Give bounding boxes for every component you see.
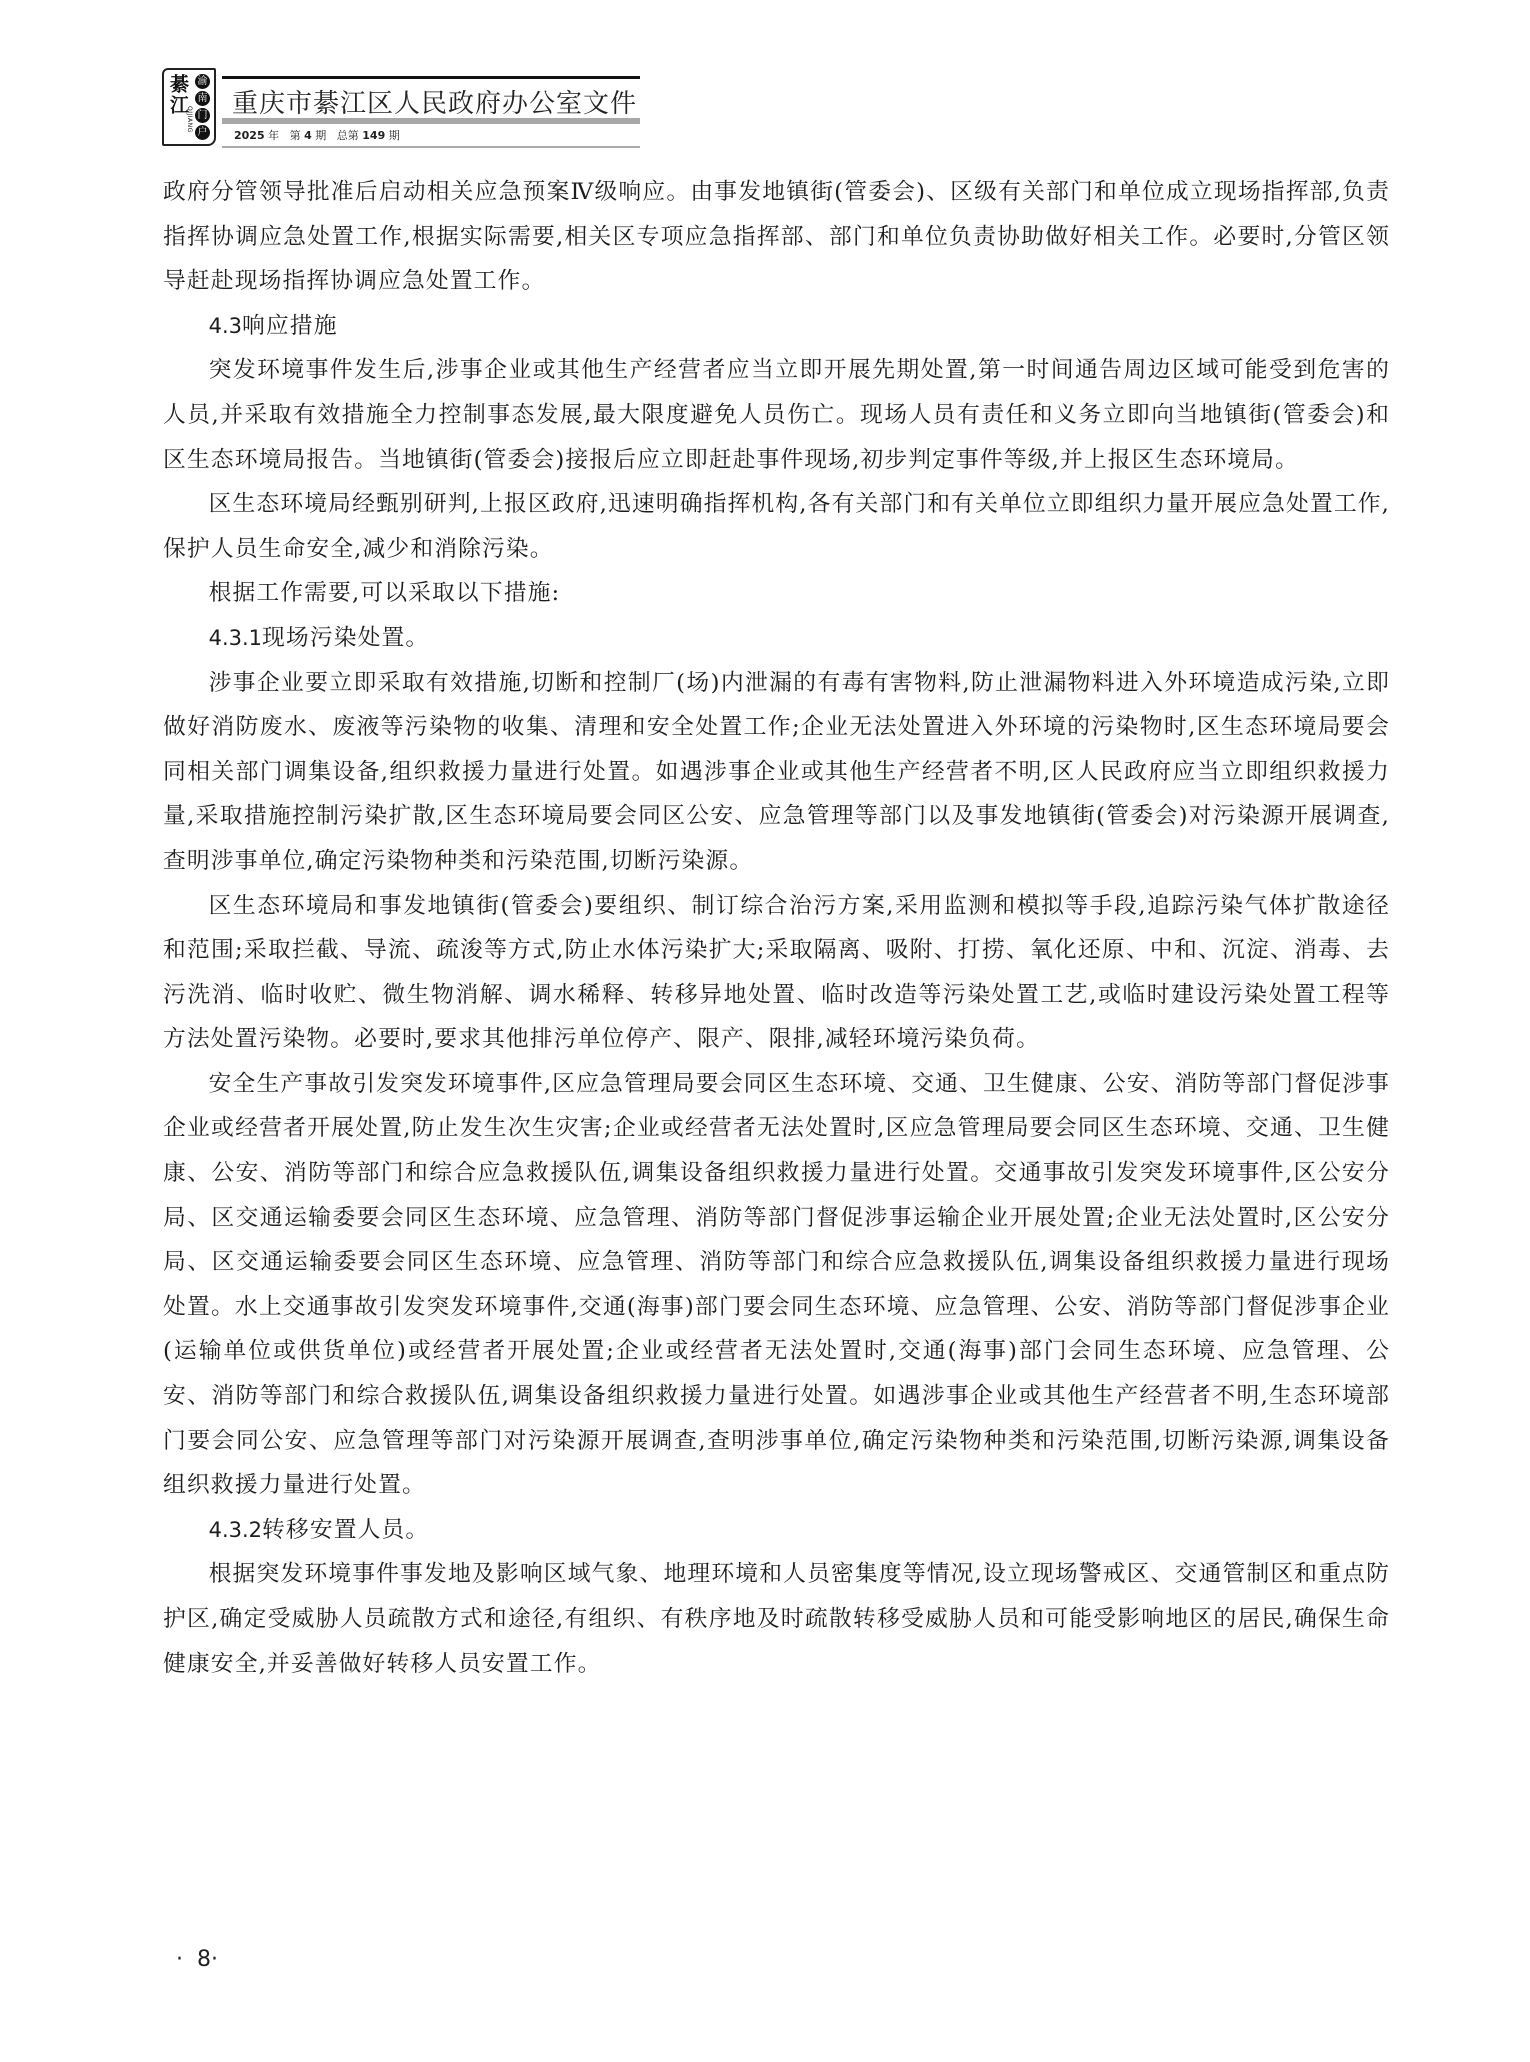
section-number: 4.3.2: [209, 1518, 262, 1542]
paragraph: 安全生产事故引发突发环境事件,区应急管理局要会同区生态环境、交通、卫生健康、公安…: [163, 1062, 1390, 1508]
issue-unit: 期: [315, 129, 326, 142]
total-issue-number: 149: [362, 129, 385, 142]
header-top-rule: [222, 76, 640, 79]
section-number: 4.3: [209, 314, 242, 338]
issue-info: 2025 年 第 4 期 总第 149 期: [234, 127, 400, 143]
paragraph: 政府分管领导批准后启动相关应急预案Ⅳ级响应。由事发地镇街(管委会)、区级有关部门…: [163, 170, 1390, 304]
total-prefix: 总第: [337, 129, 359, 142]
paragraph: 根据工作需要,可以采取以下措施:: [163, 571, 1390, 616]
issue-year-unit: 年: [268, 129, 279, 142]
logo-circle-char: 渝: [195, 74, 210, 89]
paragraph: 区生态环境局经甄别研判,上报区政府,迅速明确指挥机构,各有关部门和有关单位立即组…: [163, 482, 1390, 571]
paragraph: 根据突发环境事件事发地及影响区域气象、地理环境和人员密集度等情况,设立现场警戒区…: [163, 1552, 1390, 1686]
document-body: 政府分管领导批准后启动相关应急预案Ⅳ级响应。由事发地镇街(管委会)、区级有关部门…: [163, 170, 1390, 1686]
logo-latin-text: QIJIANG: [186, 106, 193, 133]
paragraph: 区生态环境局和事发地镇街(管委会)要组织、制订综合治污方案,采用监测和模拟等手段…: [163, 884, 1390, 1062]
logo-circle-char: 户: [195, 125, 210, 140]
section-number: 4.3.1: [209, 626, 262, 650]
logo-circle-char: 门: [195, 108, 210, 123]
section-heading-4-3-1: 4.3.1现场污染处置。: [163, 616, 1390, 661]
logo-circle-char: 南: [195, 91, 210, 106]
paragraph: 涉事企业要立即采取有效措施,切断和控制厂(场)内泄漏的有毒有害物料,防止泄漏物料…: [163, 661, 1390, 884]
header-gray-band: [222, 118, 640, 124]
paragraph: 突发环境事件发生后,涉事企业或其他生产经营者应当立即开展先期处置,第一时间通告周…: [163, 348, 1390, 482]
header-bottom-rule: [222, 146, 640, 148]
qijiang-logo: 綦江 QIJIANG 渝 南 门 户: [162, 68, 216, 146]
page-number: · 8·: [176, 1947, 218, 1972]
logo-circle-chars: 渝 南 门 户: [195, 74, 210, 140]
document-header: 綦江 QIJIANG 渝 南 门 户 重庆市綦江区人民政府办公室文件 2025 …: [162, 68, 640, 150]
issue-prefix: 第: [290, 129, 301, 142]
total-unit: 期: [389, 129, 400, 142]
section-title: 现场污染处置。: [262, 625, 429, 651]
publication-title: 重庆市綦江区人民政府办公室文件: [232, 83, 637, 120]
section-title: 转移安置人员。: [262, 1517, 429, 1543]
issue-year: 2025: [234, 129, 265, 142]
section-title: 响应措施: [242, 313, 338, 339]
section-heading-4-3: 4.3响应措施: [163, 304, 1390, 349]
section-heading-4-3-2: 4.3.2转移安置人员。: [163, 1508, 1390, 1553]
issue-number: 4: [304, 129, 312, 142]
